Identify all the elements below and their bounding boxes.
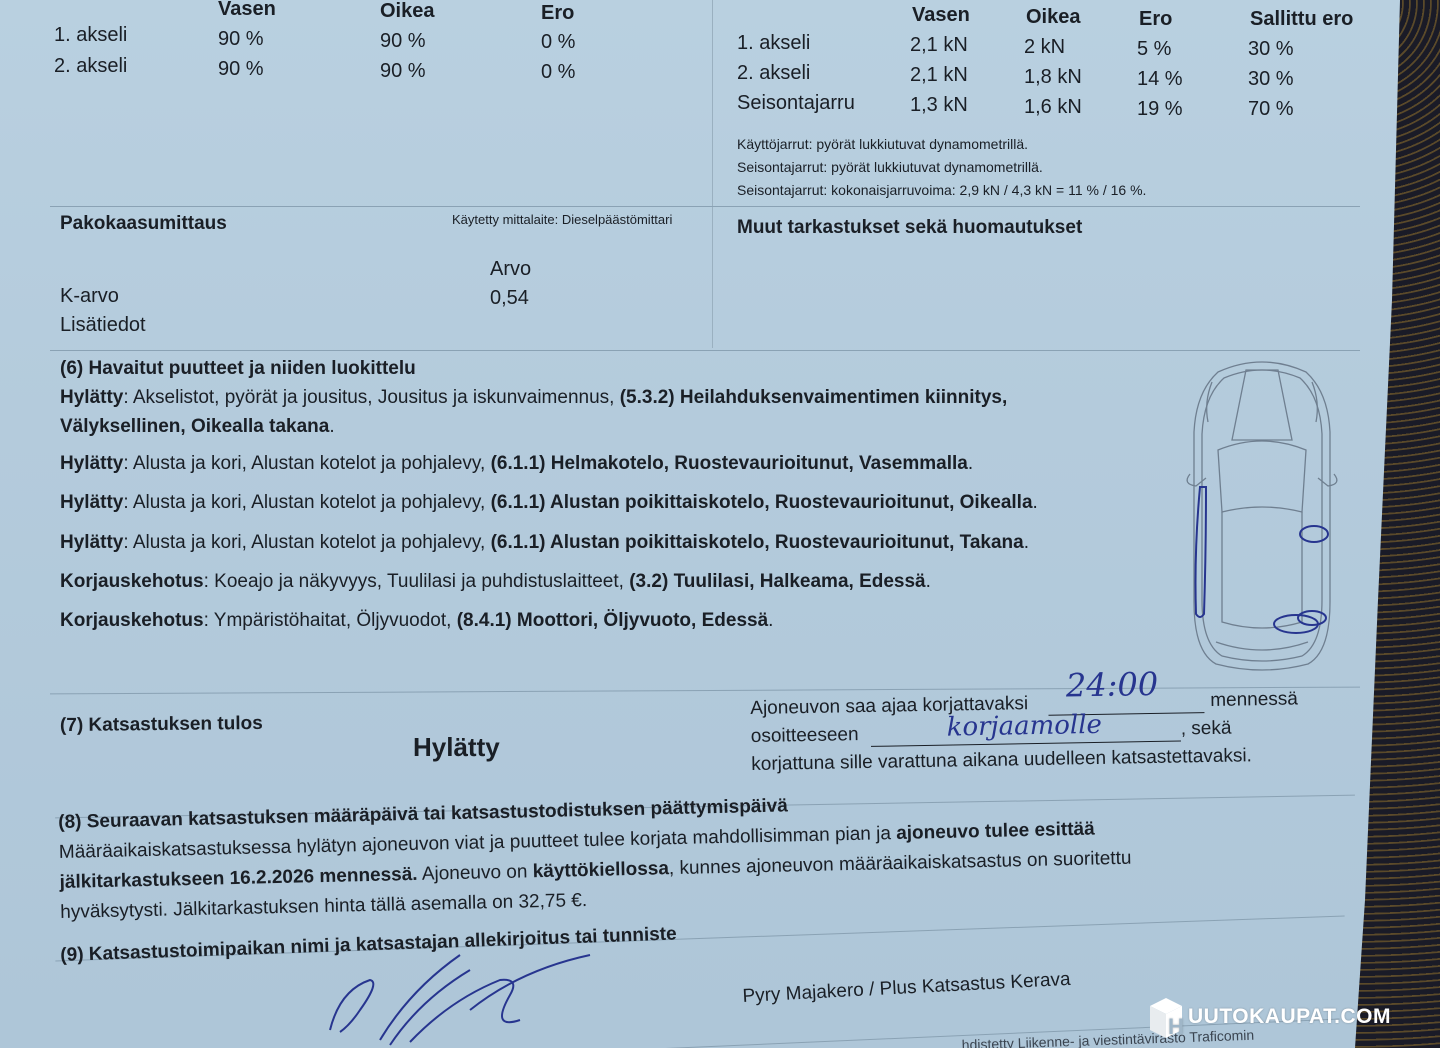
brake-note: Seisontajarrut: kokonaisjarruvoima: 2,9 …	[737, 182, 1146, 198]
defect-item: Hylätty: Alusta ja kori, Alustan kotelot…	[60, 492, 1038, 514]
exhaust-title: Pakokaasumittaus	[60, 213, 227, 235]
defect-item: Hylätty: Alusta ja kori, Alustan kotelot…	[60, 453, 973, 475]
result-value: Hylätty	[413, 732, 500, 763]
cell-value: 90 %	[218, 58, 264, 81]
brake-note: Käyttöjarrut: pyörät lukkiutuvat dynamom…	[737, 136, 1028, 152]
defect-class: Hylätty	[60, 387, 123, 408]
extra-info-label: Lisätiedot	[60, 314, 146, 337]
col-header-oikea: Oikea	[380, 0, 434, 23]
cell-value: 2,1 kN	[910, 64, 968, 87]
defect-class: Hylätty	[60, 532, 123, 553]
fill-line	[871, 740, 1181, 746]
cell-value: 1,3 kN	[910, 94, 968, 117]
defect-class: Hylätty	[60, 492, 123, 513]
reinspection-deadline: jälkitarkastukseen 16.2.2026 mennessä.	[59, 864, 417, 893]
cell-value: 1,8 kN	[1024, 66, 1082, 89]
handwritten-address: korjaamolle	[946, 710, 1102, 743]
inspector-name: Pyry Majakero / Plus Katsastus Kerava	[742, 969, 1071, 1008]
cell-value: 5 %	[1137, 38, 1171, 61]
row-label: 2. akseli	[54, 55, 127, 78]
k-value-label: K-arvo	[60, 285, 119, 308]
defect-class: Korjauskehotus	[60, 610, 204, 631]
cell-value: 90 %	[218, 28, 264, 51]
col-header-ero: Ero	[1139, 8, 1172, 31]
col-header-vasen: Vasen	[912, 4, 970, 27]
col-header-ero: Ero	[541, 2, 574, 25]
section-divider	[50, 350, 1360, 351]
cell-value: 1,6 kN	[1024, 96, 1082, 119]
col-header-oikea: Oikea	[1026, 6, 1080, 29]
signature-scribble-icon	[320, 950, 620, 1048]
reinspection-price: hyväksytysti. Jälkitarkastuksen hinta tä…	[60, 890, 587, 923]
row-label: 1. akseli	[737, 32, 810, 55]
result-title: (7) Katsastuksen tulos	[60, 713, 263, 737]
defect-class: Hylätty	[60, 453, 123, 474]
exhaust-device: Käytetty mittalaite: Dieselpäästömittari	[452, 212, 672, 227]
cell-value: 70 %	[1248, 98, 1294, 121]
cell-value: 90 %	[380, 30, 426, 53]
section-divider	[50, 206, 1360, 207]
cell-value: 2,1 kN	[910, 34, 968, 57]
k-value: 0,54	[490, 287, 529, 310]
cell-value: 30 %	[1248, 68, 1294, 91]
defect-item: Korjauskehotus: Koeajo ja näkyvyys, Tuul…	[60, 571, 931, 593]
defect-item: Korjauskehotus: Ympäristöhaitat, Öljyvuo…	[60, 610, 773, 632]
defect-class: Korjauskehotus	[60, 571, 204, 592]
row-label: Seisontajarru	[737, 92, 855, 115]
col-header-sallittu-ero: Sallittu ero	[1250, 8, 1353, 31]
cell-value: 14 %	[1137, 68, 1183, 91]
section-divider	[50, 687, 1360, 695]
cell-value: 0 %	[541, 61, 575, 84]
defect-item: Hylätty: Alusta ja kori, Alustan kotelot…	[60, 532, 1029, 554]
brake-note: Seisontajarrut: pyörät lukkiutuvat dynam…	[737, 159, 1043, 175]
cell-value: 19 %	[1137, 98, 1183, 121]
cell-value: 0 %	[541, 31, 575, 54]
defect-item: Hylätty: Akselistot, pyörät ja jousitus,…	[60, 387, 1007, 409]
defects-title: (6) Havaitut puutteet ja niiden luokitte…	[60, 358, 416, 380]
huutokaupat-watermark: H UUTOKAUPAT.COM	[1146, 994, 1391, 1040]
watermark-cube-icon: H	[1146, 996, 1186, 1038]
column-divider	[712, 0, 713, 348]
row-label: 2. akseli	[737, 62, 810, 85]
col-header-vasen: Vasen	[218, 0, 276, 21]
car-top-view-diagram-icon	[1178, 352, 1346, 678]
defect-item-continued: Välyksellinen, Oikealla takana.	[60, 416, 335, 438]
watermark-text: UUTOKAUPAT.COM	[1188, 1005, 1391, 1029]
other-checks-title: Muut tarkastukset sekä huomautukset	[737, 217, 1082, 239]
inspection-report-document: Vasen Oikea Ero 1. akseli 90 % 90 % 0 % …	[0, 0, 1400, 1048]
cell-value: 2 kN	[1024, 36, 1065, 59]
row-label: 1. akseli	[54, 24, 127, 47]
exhaust-value-header: Arvo	[490, 258, 531, 281]
handwritten-time: 24:00	[1066, 665, 1159, 705]
cell-value: 90 %	[380, 60, 426, 83]
next-inspection-text: hyväksytysti. Jälkitarkastuksen hinta tä…	[60, 890, 587, 924]
svg-text:H: H	[1168, 1014, 1184, 1038]
cell-value: 30 %	[1248, 38, 1294, 61]
